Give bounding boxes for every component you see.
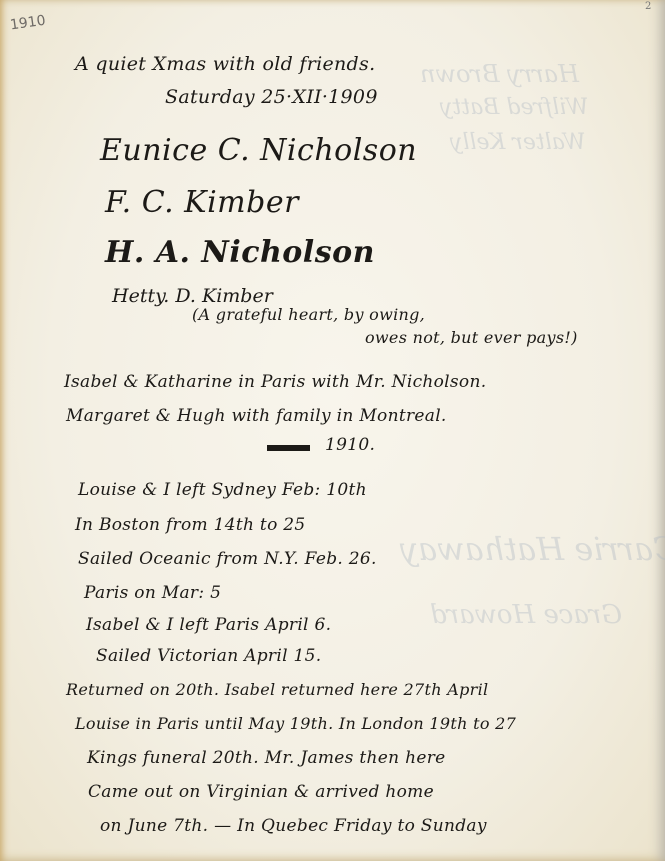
signature: F. C. Kimber xyxy=(105,188,299,218)
diary-entry: Isabel & I left Paris April 6. xyxy=(86,617,331,634)
diary-entry: In Boston from 14th to 25 xyxy=(75,517,306,534)
diary-entry: Paris on Mar: 5 xyxy=(84,585,221,602)
heading-rule xyxy=(267,445,310,451)
diary-entry: Louise & I left Sydney Feb: 10th xyxy=(78,482,367,499)
guestbook-page: Harry Brown Wilfred Batty Walter Kelly C… xyxy=(0,0,665,861)
corner-mark: 2 xyxy=(645,2,651,12)
note-line: Margaret & Hugh with family in Montreal. xyxy=(66,408,447,425)
diary-entry: on June 7th. — In Quebec Friday to Sunda… xyxy=(100,818,487,835)
bleed-through-text: Carrie Hathaway xyxy=(400,530,665,568)
bleed-through-text: Harry Brown xyxy=(420,60,579,88)
bleed-through-text: Walter Kelly xyxy=(450,130,586,155)
pencil-year-annotation: 1910 xyxy=(9,14,46,33)
header-date: Saturday 25·XII·1909 xyxy=(165,88,378,107)
diary-entry: Returned on 20th. Isabel returned here 2… xyxy=(66,682,488,698)
signature: Hetty. D. Kimber xyxy=(112,287,273,306)
year-heading: 1910. xyxy=(325,437,375,454)
bleed-through-text: Grace Howard xyxy=(430,600,622,630)
note-line: Isabel & Katharine in Paris with Mr. Nic… xyxy=(64,374,486,391)
diary-entry: Sailed Victorian April 15. xyxy=(96,648,321,665)
diary-entry: Kings funeral 20th. Mr. James then here xyxy=(87,750,446,767)
signature: Eunice C. Nicholson xyxy=(100,136,417,166)
diary-entry: Came out on Virginian & arrived home xyxy=(88,784,434,801)
header-line-1: A quiet Xmas with old friends. xyxy=(75,55,375,74)
motto-line-2: owes not, but ever pays!) xyxy=(365,330,578,346)
diary-entry: Sailed Oceanic from N.Y. Feb. 26. xyxy=(78,551,377,568)
bleed-through-text: Wilfred Batty xyxy=(440,95,588,120)
motto-line-1: (A grateful heart, by owing, xyxy=(192,307,425,323)
signature: H. A. Nicholson xyxy=(105,238,375,268)
diary-entry: Louise in Paris until May 19th. In Londo… xyxy=(75,716,516,732)
